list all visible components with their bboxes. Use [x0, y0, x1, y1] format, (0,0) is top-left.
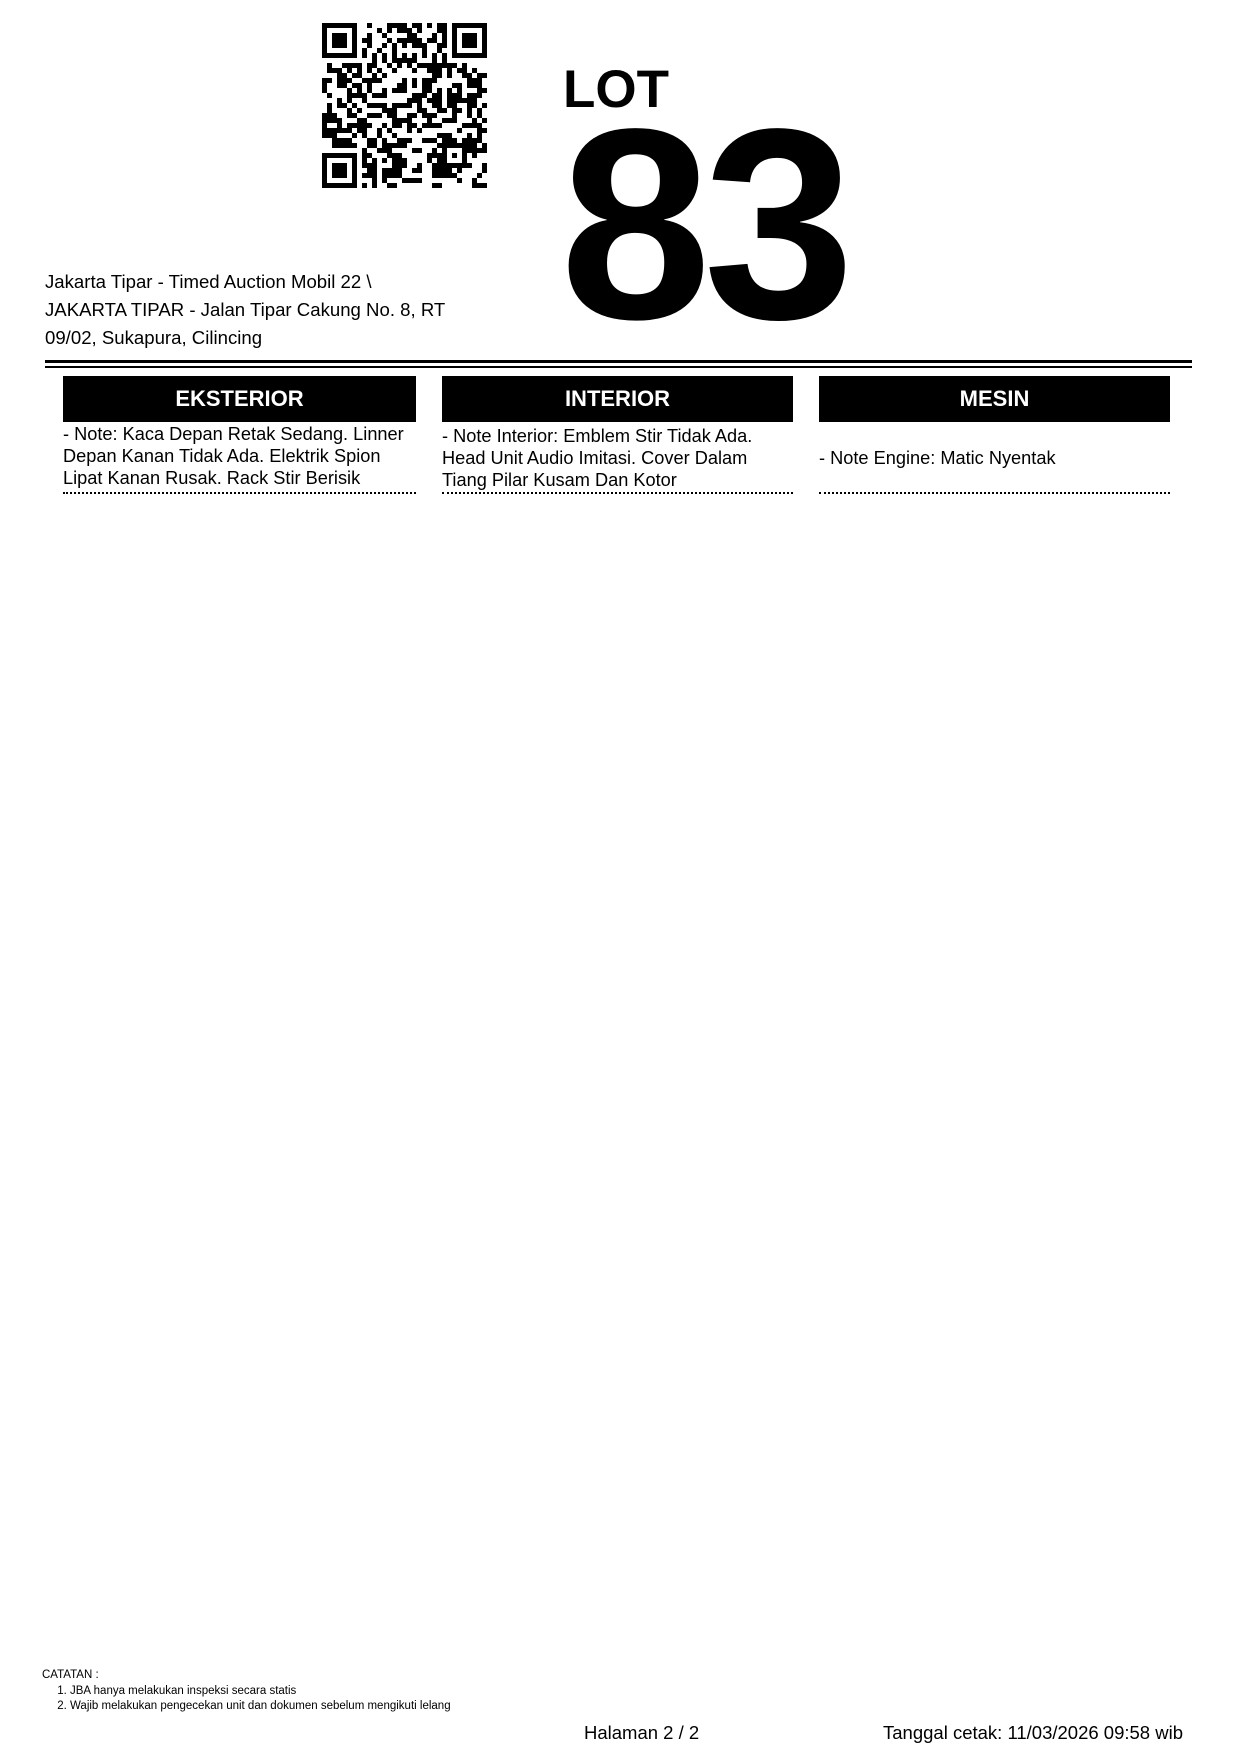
address-line: Jakarta Tipar - Timed Auction Mobil 22 \: [45, 268, 515, 296]
address-line: JAKARTA TIPAR - Jalan Tipar Cakung No. 8…: [45, 296, 515, 324]
note-line: - Note Interior: Emblem Stir Tidak Ada.: [442, 425, 752, 447]
qr-code-icon: [322, 23, 487, 188]
auction-address: Jakarta Tipar - Timed Auction Mobil 22 \…: [45, 268, 515, 352]
section-note: - Note Engine: Matic Nyentak: [819, 422, 1170, 494]
lot-number: 83: [560, 88, 847, 360]
note-line: Depan Kanan Tidak Ada. Elektrik Spion: [63, 445, 404, 467]
note-line: Tiang Pilar Kusam Dan Kotor: [442, 469, 752, 491]
page-number: Halaman 2 / 2: [584, 1721, 699, 1745]
note-line: Head Unit Audio Imitasi. Cover Dalam: [442, 447, 752, 469]
double-rule-bottom: [45, 366, 1192, 368]
notes-block: CATATAN : JBA hanya melakukan inspeksi s…: [42, 1668, 451, 1715]
print-date: Tanggal cetak: 11/03/2026 09:58 wib: [883, 1721, 1183, 1745]
section-note: - Note: Kaca Depan Retak Sedang. Linner …: [63, 422, 416, 494]
section-header: MESIN: [819, 376, 1170, 422]
notes-list: JBA hanya melakukan inspeksi secara stat…: [42, 1684, 451, 1715]
note-line: - Note: Kaca Depan Retak Sedang. Linner: [63, 423, 404, 445]
section-eksterior: EKSTERIOR - Note: Kaca Depan Retak Sedan…: [63, 376, 416, 494]
note-line: - Note Engine: Matic Nyentak: [819, 447, 1056, 469]
address-line: 09/02, Sukapura, Cilincing: [45, 324, 515, 352]
section-header: INTERIOR: [442, 376, 793, 422]
notes-title: CATATAN :: [42, 1668, 451, 1684]
section-note: - Note Interior: Emblem Stir Tidak Ada. …: [442, 422, 793, 494]
qr-code: [322, 23, 487, 188]
note-item: Wajib melakukan pengecekan unit dan doku…: [70, 1699, 451, 1715]
double-rule-top: [45, 360, 1192, 363]
inspection-sections: EKSTERIOR - Note: Kaca Depan Retak Sedan…: [63, 376, 1171, 494]
section-interior: INTERIOR - Note Interior: Emblem Stir Ti…: [442, 376, 793, 494]
section-header: EKSTERIOR: [63, 376, 416, 422]
section-mesin: MESIN - Note Engine: Matic Nyentak: [819, 376, 1170, 494]
note-item: JBA hanya melakukan inspeksi secara stat…: [70, 1684, 451, 1700]
note-line: Lipat Kanan Rusak. Rack Stir Berisik: [63, 467, 404, 489]
